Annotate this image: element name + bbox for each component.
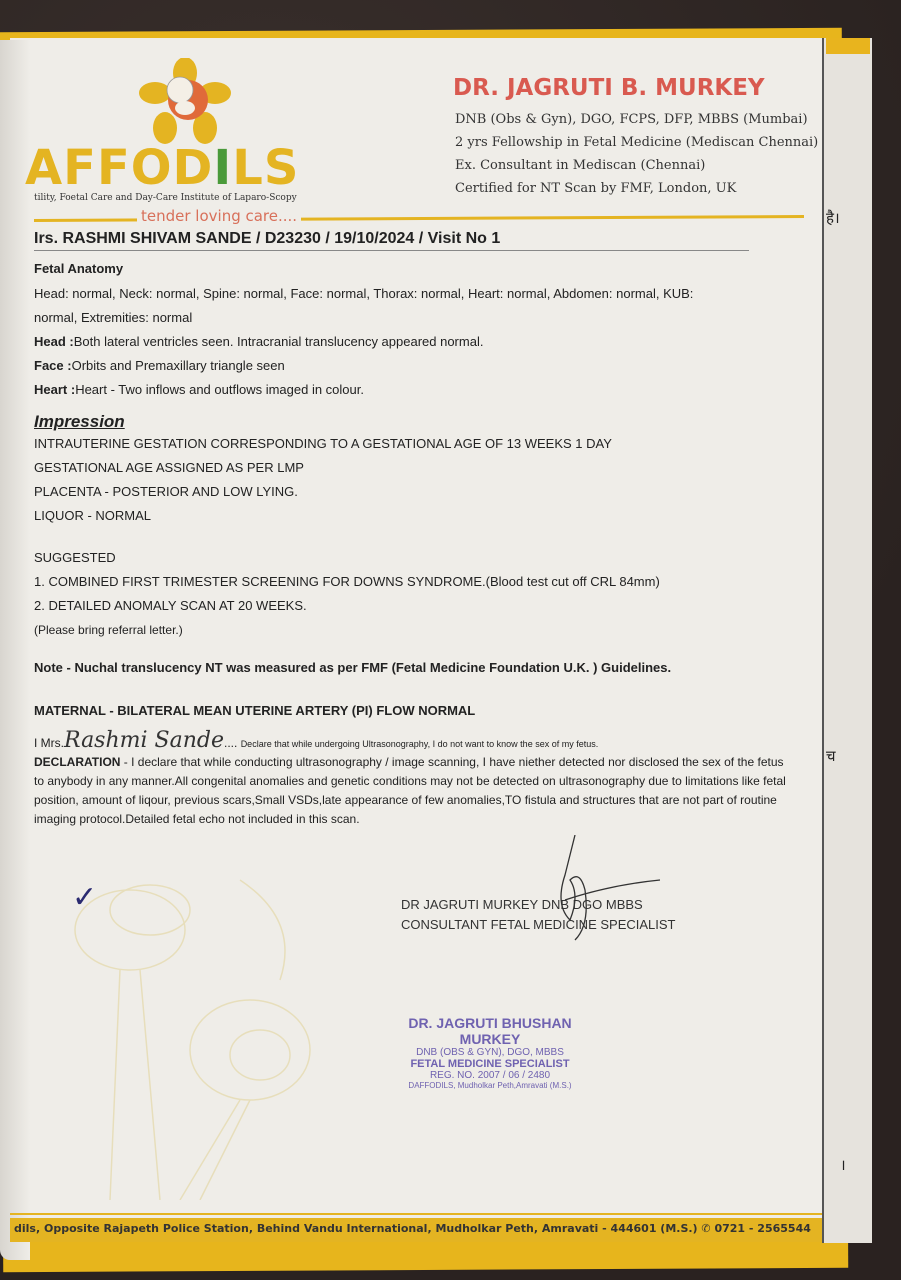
suggested-item: 1. COMBINED FIRST TRIMESTER SCREENING FO… [34, 570, 794, 594]
fetal-anatomy-title: Fetal Anatomy [34, 261, 794, 276]
nt-note: Note - Nuchal translucency NT was measur… [34, 660, 794, 675]
daffodil-logo-icon [130, 58, 240, 148]
referral-note: (Please bring referral letter.) [34, 618, 794, 642]
maternal-finding: MATERNAL - BILATERAL MEAN UTERINE ARTERY… [34, 703, 794, 718]
side-glyph-middle: च [826, 746, 836, 766]
qualification-line: DNB (Obs & Gyn), DGO, FCPS, DFP, MBBS (M… [455, 108, 818, 131]
report-body: Irs. RASHMI SHIVAM SANDE / D23230 / 19/1… [34, 230, 794, 829]
head-finding: Head :Both lateral ventricles seen. Intr… [34, 330, 794, 354]
impression-line: GESTATIONAL AGE ASSIGNED AS PER LMP [34, 456, 794, 480]
impression-line: INTRAUTERINE GESTATION CORRESPONDING TO … [34, 432, 794, 456]
handwritten-signature-icon [550, 835, 670, 945]
patient-info-line: Irs. RASHMI SHIVAM SANDE / D23230 / 19/1… [34, 230, 749, 251]
anatomy-summary-cont: normal, Extremities: normal [34, 306, 794, 330]
heart-finding: Heart :Heart - Two inflows and outflows … [34, 378, 794, 402]
qualification-line: Certified for NT Scan by FMF, London, UK [455, 177, 818, 200]
qualification-line: Ex. Consultant in Mediscan (Chennai) [455, 154, 818, 177]
impression-line: LIQUOR - NORMAL [34, 504, 794, 528]
patient-declaration: I Mrs.Rashmi Sande.... Declare that whil… [34, 728, 794, 753]
suggested-title: SUGGESTED [34, 546, 794, 570]
suggested-item: 2. DETAILED ANOMALY SCAN AT 20 WEEKS. [34, 594, 794, 618]
page-fold-edge [0, 40, 30, 1260]
doctor-declaration: DECLARATION - I declare that while condu… [34, 753, 794, 829]
underlying-page-band [826, 38, 870, 54]
face-finding: Face :Orbits and Premaxillary triangle s… [34, 354, 794, 378]
side-glyph-bottom: । [840, 1155, 846, 1175]
doctor-qualifications: DNB (Obs & Gyn), DGO, FCPS, DFP, MBBS (M… [455, 108, 818, 200]
brand-motto: tender loving care.... [137, 207, 301, 225]
side-glyph-top: है। [826, 208, 840, 228]
impression-line: PLACENTA - POSTERIOR AND LOW LYING. [34, 480, 794, 504]
brand-logo-text: AFFODILS [25, 140, 299, 196]
impression-title: Impression [34, 412, 794, 432]
patient-handwritten-name: Rashmi Sande [64, 728, 224, 753]
clinic-address-footer: dils, Opposite Rajapeth Police Station, … [14, 1222, 811, 1235]
footer-divider [10, 1213, 822, 1215]
doctor-stamp: DR. JAGRUTI BHUSHAN MURKEY DNB (OBS & GY… [380, 1015, 600, 1090]
ink-tick-mark-icon: ✓ [72, 880, 97, 915]
anatomy-summary: Head: normal, Neck: normal, Spine: norma… [34, 282, 794, 306]
qualification-line: 2 yrs Fellowship in Fetal Medicine (Medi… [455, 131, 818, 154]
brand-tagline: tility, Foetal Care and Day-Care Institu… [34, 193, 297, 203]
doctor-name: DR. JAGRUTI B. MURKEY [453, 75, 765, 101]
